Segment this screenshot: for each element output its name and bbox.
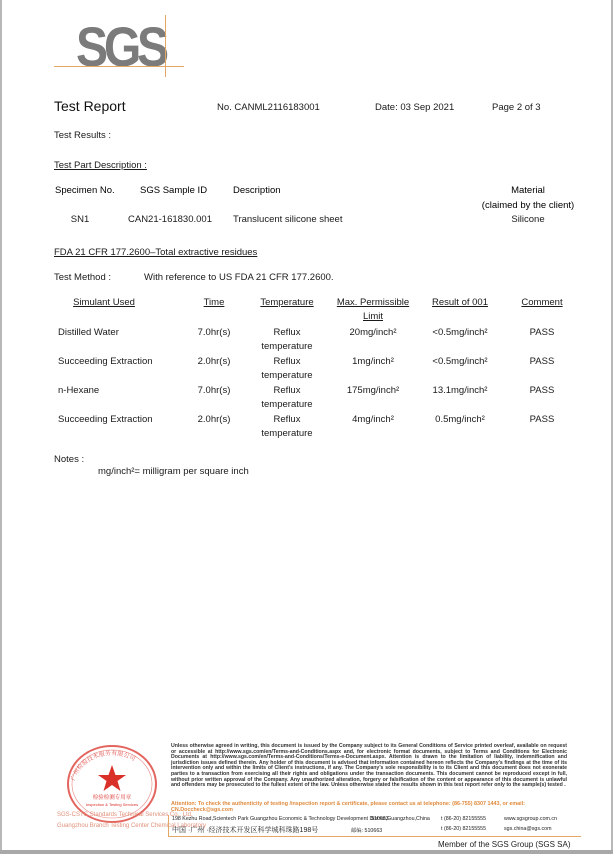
- footer-disclaimer: Unless otherwise agreed in writing, this…: [171, 744, 567, 789]
- simulant-cell: Succeeding Extraction: [58, 356, 153, 367]
- postcode-en: 510663: [371, 816, 389, 822]
- col-comment: Comment: [510, 297, 574, 308]
- time-cell: 7.0hr(s): [190, 385, 238, 396]
- svg-text:检验检测专用章: 检验检测专用章: [93, 793, 132, 801]
- temperature-cell-line2: temperature: [252, 428, 322, 439]
- col-sgs-sample-id: SGS Sample ID: [140, 185, 207, 196]
- address-cn: 中国 ·广州 ·经济技术开发区科学城科珠路198号: [172, 825, 318, 835]
- col-result: Result of 001: [420, 297, 500, 308]
- comment-cell: PASS: [510, 356, 574, 367]
- test-part-description-heading: Test Part Description :: [54, 160, 147, 171]
- col-simulant: Simulant Used: [54, 297, 154, 308]
- material: Silicone: [468, 214, 588, 225]
- test-method-label: Test Method :: [54, 272, 111, 283]
- col-material-note: (claimed by the client): [468, 200, 588, 211]
- col-temperature: Temperature: [252, 297, 322, 308]
- comment-cell: PASS: [510, 385, 574, 396]
- report-number: No. CANML2116183001: [217, 102, 320, 113]
- test-results-label: Test Results :: [54, 130, 111, 141]
- note-item: mg/inch²= milligram per square inch: [98, 466, 249, 477]
- sample-id: CAN21-161830.001: [128, 214, 212, 225]
- result-cell: 13.1mg/inch²: [420, 385, 500, 396]
- limit-cell: 4mg/inch²: [330, 414, 416, 425]
- comment-cell: PASS: [510, 414, 574, 425]
- website: www.sgsgroup.com.cn: [504, 816, 557, 822]
- temperature-cell: Reflux: [252, 356, 322, 367]
- temperature-cell-line2: temperature: [252, 370, 322, 381]
- col-specimen-no: Specimen No.: [55, 185, 115, 196]
- description: Translucent silicone sheet: [233, 214, 342, 225]
- limit-cell: 175mg/inch²: [330, 385, 416, 396]
- col-max-limit-2: Limit: [330, 311, 416, 322]
- footer-attention: Attention: To check the authenticity of …: [171, 801, 571, 813]
- result-cell: <0.5mg/inch²: [420, 327, 500, 338]
- test-method-value: With reference to US FDA 21 CFR 177.2600…: [144, 272, 334, 283]
- simulant-cell: Distilled Water: [58, 327, 119, 338]
- address-en: 198 Kezhu Road,Scientech Park Guangzhou …: [172, 816, 430, 822]
- col-time: Time: [190, 297, 238, 308]
- phone-en: t (86-20) 82155555: [441, 816, 486, 822]
- logo-vertical-line: [165, 15, 166, 77]
- report-title: Test Report: [54, 98, 126, 114]
- temperature-cell: Reflux: [252, 327, 322, 338]
- col-description: Description: [233, 185, 281, 196]
- simulant-cell: Succeeding Extraction: [58, 414, 153, 425]
- time-cell: 2.0hr(s): [190, 414, 238, 425]
- temperature-cell-line2: temperature: [252, 341, 322, 352]
- temperature-cell-line2: temperature: [252, 399, 322, 410]
- sgs-logo: SGS: [54, 18, 184, 80]
- postcode-cn: 邮编: 510663: [351, 826, 382, 834]
- temperature-cell: Reflux: [252, 414, 322, 425]
- time-cell: 2.0hr(s): [190, 356, 238, 367]
- star-icon: [98, 765, 126, 791]
- limit-cell: 1mg/inch²: [330, 356, 416, 367]
- email: sgs.china@sgs.com: [504, 826, 551, 832]
- svg-text:Inspection & Testing Services: Inspection & Testing Services: [86, 802, 138, 807]
- temperature-cell: Reflux: [252, 385, 322, 396]
- phone-cn: t (86-20) 82155555: [441, 826, 486, 832]
- simulant-cell: n-Hexane: [58, 385, 99, 396]
- col-material: Material: [468, 185, 588, 196]
- col-max-limit: Max. Permissible: [330, 297, 416, 308]
- report-date: Date: 03 Sep 2021: [375, 102, 454, 113]
- page-border-left: [0, 0, 2, 854]
- fda-heading: FDA 21 CFR 177.2600–Total extractive res…: [54, 247, 257, 258]
- member-statement: Member of the SGS Group (SGS SA): [438, 840, 571, 849]
- result-cell: 0.5mg/inch²: [420, 414, 500, 425]
- footer-vertical-line: [168, 815, 169, 837]
- footer-divider: [168, 836, 581, 837]
- time-cell: 7.0hr(s): [190, 327, 238, 338]
- limit-cell: 20mg/inch²: [330, 327, 416, 338]
- page-border-bottom: [0, 850, 613, 854]
- comment-cell: PASS: [510, 327, 574, 338]
- result-cell: <0.5mg/inch²: [420, 356, 500, 367]
- specimen-no: SN1: [54, 214, 106, 225]
- notes-label: Notes :: [54, 454, 84, 465]
- sgs-logo-text: SGS: [76, 16, 165, 78]
- page-number: Page 2 of 3: [492, 102, 541, 113]
